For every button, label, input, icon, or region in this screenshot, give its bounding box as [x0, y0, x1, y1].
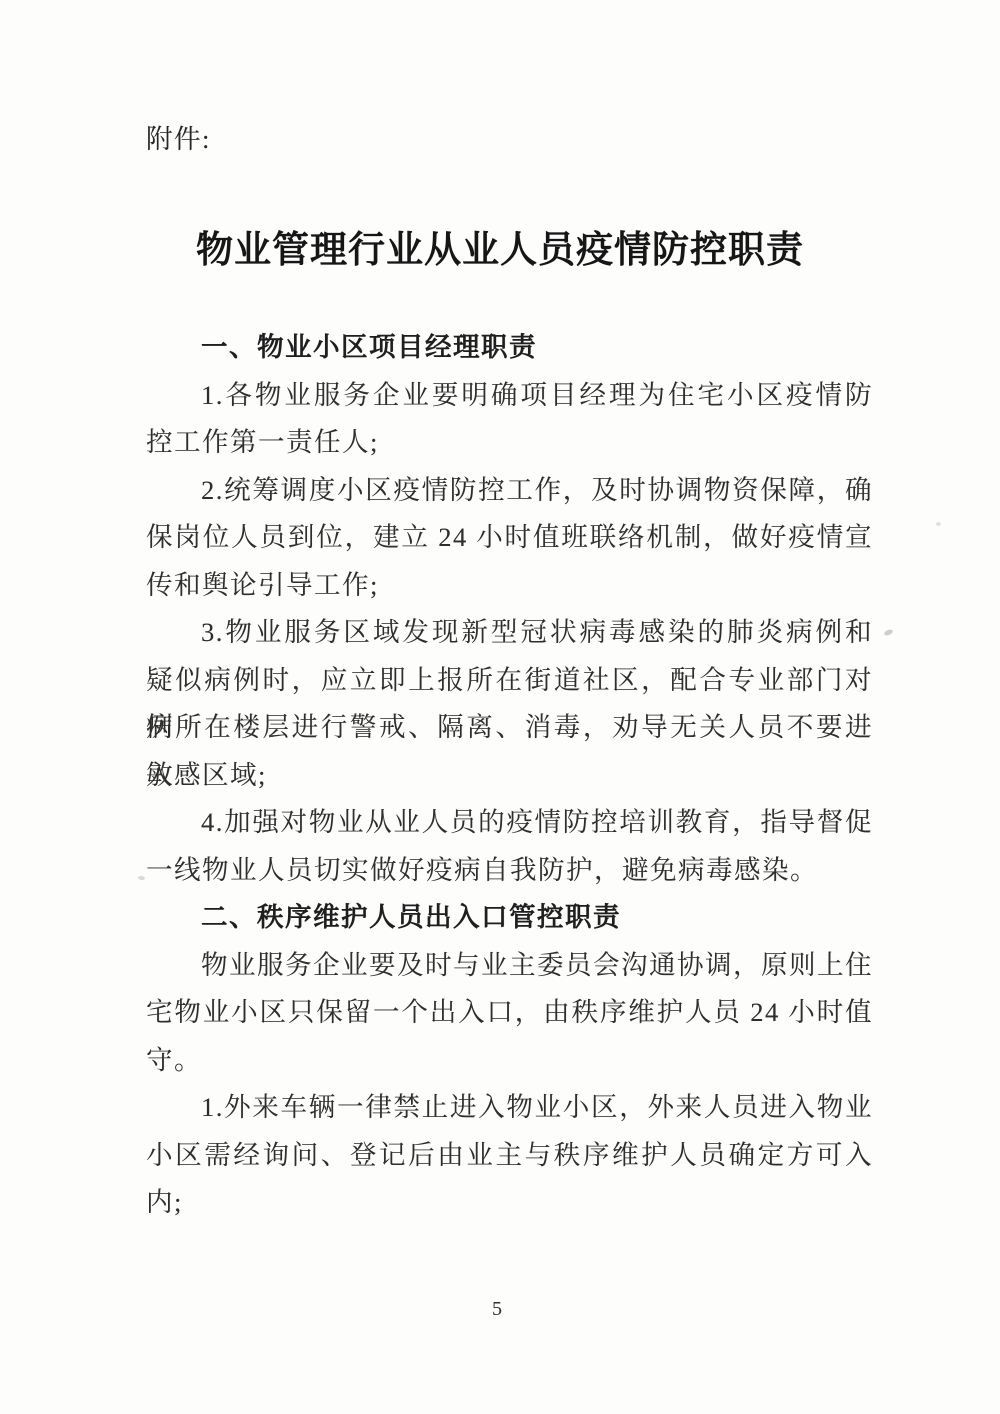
text-line: 控工作第一责任人;: [146, 419, 873, 467]
text-line: 宅物业小区只保留一个出入口，由秩序维护人员 24 小时值: [146, 989, 873, 1037]
section-heading: 一、物业小区项目经理职责: [146, 324, 873, 372]
text-line: 一线物业人员切实做好疫病自我防护，避免病毒感染。: [146, 847, 873, 895]
paragraph: 3.物业服务区域发现新型冠状病毒感染的肺炎病例和疑似病例时，应立即上报所在街道社…: [146, 609, 873, 799]
text-line: 保岗位人员到位，建立 24 小时值班联络机制，做好疫情宣: [146, 514, 873, 562]
text-line: 传和舆论引导工作;: [146, 562, 873, 610]
scan-speck: [138, 876, 145, 881]
text-line: 1.外来车辆一律禁止进入物业小区，外来人员进入物业: [146, 1084, 873, 1132]
paragraph: 物业服务企业要及时与业主委员会沟通协调，原则上住宅物业小区只保留一个出入口，由秩…: [146, 942, 873, 1085]
text-line: 疑似病例时，应立即上报所在街道社区，配合专业部门对病: [146, 657, 873, 705]
section-heading: 二、秩序维护人员出入口管控职责: [146, 894, 873, 942]
text-line: 物业服务企业要及时与业主委员会沟通协调，原则上住: [146, 942, 873, 990]
scan-speck: [936, 522, 941, 526]
page-number: 5: [0, 1296, 994, 1322]
text-line: 守。: [146, 1037, 873, 1085]
text-line: 敏感区域;: [146, 752, 873, 800]
text-line: 3.物业服务区域发现新型冠状病毒感染的肺炎病例和: [146, 609, 873, 657]
paragraph: 2.统筹调度小区疫情防控工作，及时协调物资保障，确保岗位人员到位，建立 24 小…: [146, 467, 873, 610]
paragraph: 4.加强对物业从业人员的疫情防控培训教育，指导督促一线物业人员切实做好疫病自我防…: [146, 799, 873, 894]
scan-speck: [883, 628, 893, 636]
text-line: 4.加强对物业从业人员的疫情防控培训教育，指导督促: [146, 799, 873, 847]
attachment-label: 附件:: [146, 122, 211, 156]
text-line: 内;: [146, 1179, 873, 1227]
text-line: 2.统筹调度小区疫情防控工作，及时协调物资保障，确: [146, 467, 873, 515]
document-title: 物业管理行业从业人员疫情防控职责: [0, 230, 1000, 272]
document-body: 一、物业小区项目经理职责1.各物业服务企业要明确项目经理为住宅小区疫情防控工作第…: [146, 324, 873, 1227]
paragraph: 1.各物业服务企业要明确项目经理为住宅小区疫情防控工作第一责任人;: [146, 372, 873, 467]
text-line: 小区需经询问、登记后由业主与秩序维护人员确定方可入: [146, 1132, 873, 1180]
text-line: 例所在楼层进行警戒、隔离、消毒，劝导无关人员不要进入: [146, 704, 873, 752]
document-page: 附件: 物业管理行业从业人员疫情防控职责 一、物业小区项目经理职责1.各物业服务…: [0, 0, 1000, 1414]
text-line: 1.各物业服务企业要明确项目经理为住宅小区疫情防: [146, 372, 873, 420]
paragraph: 1.外来车辆一律禁止进入物业小区，外来人员进入物业小区需经询问、登记后由业主与秩…: [146, 1084, 873, 1227]
